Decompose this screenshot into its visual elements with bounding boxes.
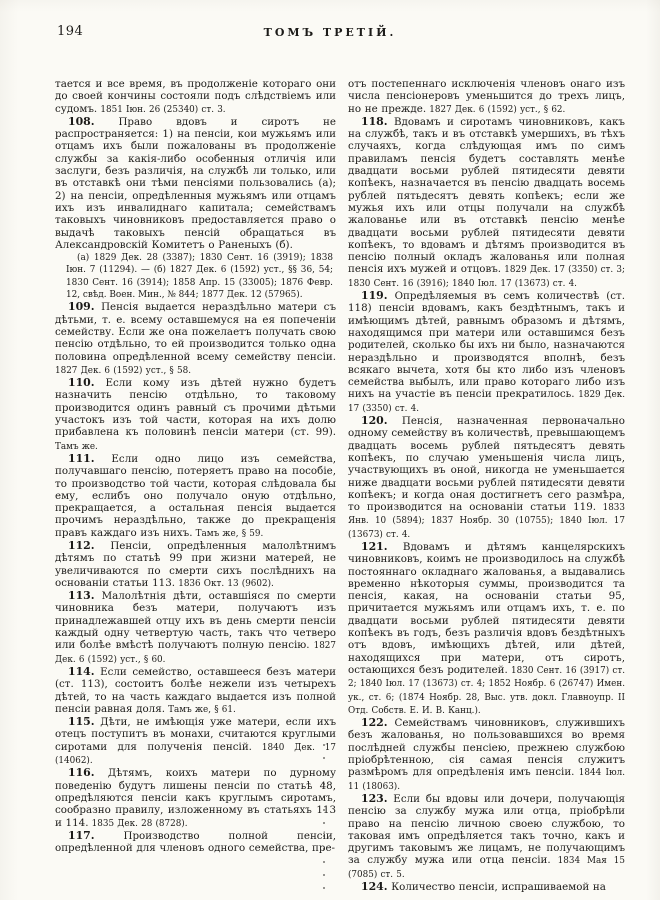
paragraph-article-117: 117. Производство полной пенсіи, опредѣл… xyxy=(55,830,336,855)
article-number: 115. xyxy=(68,715,95,728)
footnote-citation-block: (а) 1829 Дек. 28 (3387); 1830 Сент. 16 (… xyxy=(66,252,333,301)
article-number: 112. xyxy=(68,539,95,552)
paragraph-article-121: 121. Вдовамъ и дѣтямъ канцелярскихъ чино… xyxy=(348,541,625,717)
citation: 1835 Дек. 28 (8728). xyxy=(88,819,187,829)
article-number: 110. xyxy=(68,376,95,389)
scan-bleedthrough-artifact xyxy=(323,744,325,900)
paragraph-article-118: 118. Вдовамъ и сиротамъ чиновниковъ, как… xyxy=(348,116,625,290)
paragraph-article-114: 114. Если семейство, оставшееся безъ мат… xyxy=(55,666,336,716)
article-number: 117. xyxy=(68,829,95,842)
paragraph-article-123: 123. Если бы вдовы или дочери, получающі… xyxy=(348,793,625,881)
article-text: Если кому изъ дѣтей нужно будетъ назначи… xyxy=(55,377,336,438)
article-text: Количество пенсіи, испрашиваемой на xyxy=(388,881,606,893)
article-text: Если одно лицо изъ семейства, получавшаг… xyxy=(55,453,336,539)
paragraph-article-115: 115. Дѣти, не имѣющія уже матери, если и… xyxy=(55,716,336,767)
paragraph-article-113: 113. Малолѣтнія дѣти, оставшіяся по смер… xyxy=(55,590,336,666)
paragraph-continuation: отъ постепеннаго исключенія членовъ онаг… xyxy=(348,78,625,116)
article-text: Малолѣтнія дѣти, оставшіяся по смерти чи… xyxy=(55,590,336,651)
text-column-right: отъ постепеннаго исключенія членовъ онаг… xyxy=(348,78,625,900)
article-text: Вдовамъ и дѣтямъ канцелярскихъ чиновнико… xyxy=(348,541,625,676)
article-number: 121. xyxy=(361,540,388,553)
paragraph-article-108: 108. Право вдовъ и сиротъ не распростран… xyxy=(55,116,336,252)
paragraph-continuation: тается и все время, въ продолженіе котор… xyxy=(55,78,336,116)
article-number: 116. xyxy=(68,766,95,779)
scanned-book-page: 194 ТОМЪ ТРЕТІЙ. тается и все время, въ … xyxy=(0,0,660,900)
citation: 1836 Окт. 13 (9602). xyxy=(175,579,274,589)
article-number: 119. xyxy=(361,289,388,302)
article-number: 118. xyxy=(361,115,388,128)
article-number: 124. xyxy=(361,880,388,893)
paragraph-article-120: 120. Пенсія, назначенная первоначально о… xyxy=(348,415,625,541)
article-text: Право вдовъ и сиротъ не распространяется… xyxy=(55,116,336,251)
paragraph-article-109: 109. Пенсія выдается нераздѣльно матери … xyxy=(55,301,336,377)
paragraph-article-119: 119. Опредѣляемыя въ семъ количествѣ (ст… xyxy=(348,290,625,415)
article-text: Пенсія, назначенная первоначально одному… xyxy=(348,415,625,513)
paragraph-article-112: 112. Пенсіи, опредѣленныя малолѣтнимъ дѣ… xyxy=(55,540,336,590)
citation: Тамъ же, § 61. xyxy=(165,705,236,715)
citation: Тамъ же. xyxy=(55,442,98,452)
paragraph-article-124: 124. Количество пенсіи, испрашиваемой на xyxy=(348,881,625,893)
article-number: 120. xyxy=(361,414,388,427)
paragraph-article-122: 122. Семействамъ чиновниковъ, служившихъ… xyxy=(348,717,625,793)
paragraph-article-116: 116. Дѣтямъ, коихъ матери по дурному пов… xyxy=(55,767,336,829)
article-number: 123. xyxy=(361,792,388,805)
article-number: 108. xyxy=(68,115,95,128)
citation: 1851 Іюн. 26 (25340) ст. 3. xyxy=(97,105,225,115)
article-number: 113. xyxy=(68,589,95,602)
citation-text: (а) 1829 Дек. 28 (3387); 1830 Сент. 16 (… xyxy=(66,253,333,300)
article-number: 114. xyxy=(68,665,95,678)
citation: 1827 Дек. 6 (1592) уст., § 62. xyxy=(426,105,565,115)
article-number: 122. xyxy=(361,716,388,729)
citation: 1827 Дек. 6 (1592) уст., § 58. xyxy=(55,366,191,376)
article-text: Вдовамъ и сиротамъ чиновниковъ, какъ на … xyxy=(348,116,625,276)
text-column-left: тается и все время, въ продолженіе котор… xyxy=(55,78,336,900)
article-number: 109. xyxy=(68,300,95,313)
running-title: ТОМЪ ТРЕТІЙ. xyxy=(0,26,660,39)
paragraph-article-110: 110. Если кому изъ дѣтей нужно будетъ на… xyxy=(55,377,336,453)
article-text: Производство полной пенсіи, опредѣленной… xyxy=(55,830,336,854)
paragraph-article-111: 111. Если одно лицо изъ семейства, получ… xyxy=(55,453,336,540)
article-text: Опредѣляемыя въ семъ количествѣ (ст. 118… xyxy=(348,290,625,400)
article-text: Пенсія выдается нераздѣльно матери съ дѣ… xyxy=(55,301,336,362)
citation: Тамъ же, § 59. xyxy=(192,529,263,539)
article-number: 111. xyxy=(68,452,95,465)
